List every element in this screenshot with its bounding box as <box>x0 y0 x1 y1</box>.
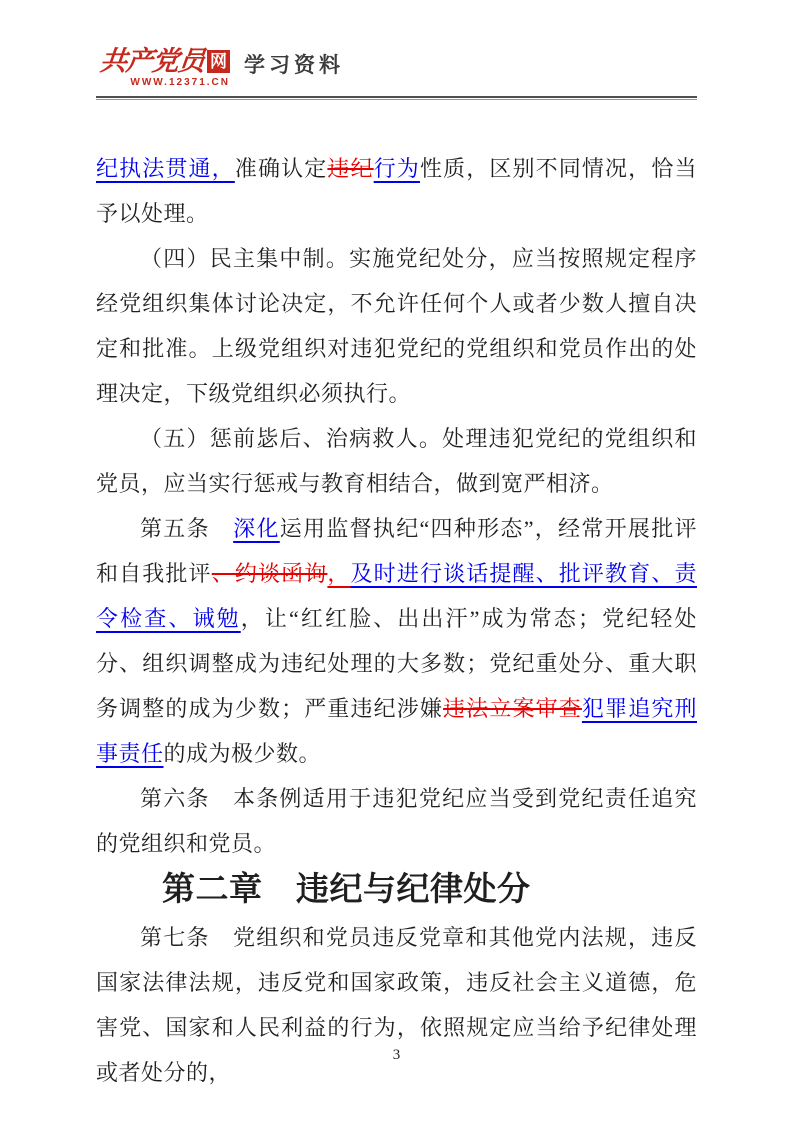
text-run: 第二章 违纪与纪律处分 <box>162 872 531 908</box>
logo-calligraphy-text: 共产党员 <box>99 48 206 75</box>
text-run: 第六条 本条例适用于违犯党纪应当受到党纪责任追究的党组织和党员。 <box>96 786 697 856</box>
text-run: 第五条 <box>140 516 233 541</box>
page-number: 3 <box>393 1047 401 1063</box>
text-run: （五）惩前毖后、治病救人。处理违犯党纪的党组织和党员，应当实行惩戒与教育相结合，… <box>96 426 697 496</box>
site-logo: 共产党员 网 WWW.12371.CN <box>100 48 230 88</box>
deleted-text: 违纪 <box>327 156 373 181</box>
inserted-text: ， <box>327 561 350 586</box>
chapter-heading: 第二章 违纪与纪律处分 <box>96 868 697 913</box>
deleted-text: 违法立案审查 <box>443 696 582 721</box>
inserted-text: 深化 <box>233 516 280 541</box>
logo-net-badge: 网 <box>207 50 230 73</box>
text-run: （四）民主集中制。实施党纪处分，应当按照规定程序经党组织集体讨论决定，不允许任何… <box>96 246 697 406</box>
text-run: 的成为极少数。 <box>164 741 322 766</box>
paragraph: 第七条 党组织和党员违反党章和其他党内法规，违反国家法律法规，违反党和国家政策，… <box>96 915 697 1095</box>
paragraph: （四）民主集中制。实施党纪处分，应当按照规定程序经党组织集体讨论决定，不允许任何… <box>96 236 697 416</box>
page-footer: 3 <box>0 1047 793 1064</box>
paragraph: 第六条 本条例适用于违犯党纪应当受到党纪责任追究的党组织和党员。 <box>96 776 697 866</box>
paragraph: 纪执法贯通，准确认定违纪行为性质，区别不同情况，恰当予以处理。 <box>96 146 697 236</box>
paragraph: 第五条 深化运用监督执纪“四种形态”，经常开展批评和自我批评、约谈函询，及时进行… <box>96 506 697 776</box>
document-page: 共产党员 网 WWW.12371.CN 学习资料 纪执法贯通，准确认定违纪行为性… <box>0 0 793 1122</box>
document-body: 纪执法贯通，准确认定违纪行为性质，区别不同情况，恰当予以处理。（四）民主集中制。… <box>96 146 697 1095</box>
logo-url-text: WWW.12371.CN <box>130 77 230 88</box>
paragraph: （五）惩前毖后、治病救人。处理违犯党纪的党组织和党员，应当实行惩戒与教育相结合，… <box>96 416 697 506</box>
text-run: 准确认定 <box>235 156 328 181</box>
logo-row: 共产党员 网 WWW.12371.CN 学习资料 <box>100 48 697 88</box>
inserted-text: 纪执法贯通， <box>96 156 235 181</box>
header-divider-rule <box>96 96 697 100</box>
inserted-text: 行为 <box>374 156 420 181</box>
page-header: 共产党员 网 WWW.12371.CN 学习资料 <box>0 0 793 100</box>
deleted-text: 、约谈函询 <box>212 561 328 586</box>
study-material-label: 学习资料 <box>244 55 344 76</box>
